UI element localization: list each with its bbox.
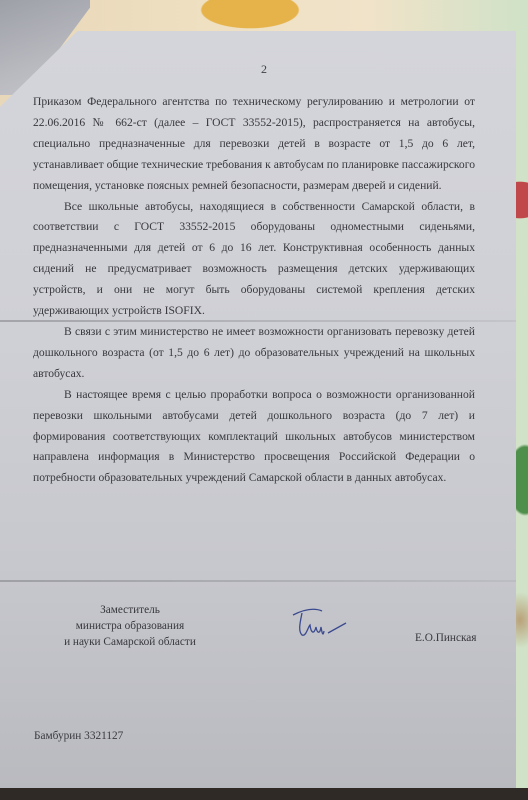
signatory-title-line: министра образования bbox=[60, 618, 200, 634]
executor-contact: Бамбурин 3321127 bbox=[34, 730, 123, 742]
signatory-title-line: Заместитель bbox=[60, 602, 200, 618]
paragraph-gost-scope: Приказом Федерального агентства по техни… bbox=[33, 92, 475, 197]
signatory-title: Заместитель министра образования и науки… bbox=[60, 602, 200, 650]
signatory-title-line: и науки Самарской области bbox=[60, 634, 200, 650]
paper-crease bbox=[0, 580, 516, 582]
handwritten-signature-icon bbox=[290, 605, 360, 645]
signer-name: Е.О.Пинская bbox=[415, 632, 477, 644]
page-number: 2 bbox=[0, 62, 528, 77]
paragraph-current-work: В настоящее время с целью проработки воп… bbox=[33, 385, 475, 490]
bottom-edge bbox=[0, 788, 528, 800]
letter-body: Приказом Федерального агентства по техни… bbox=[33, 92, 475, 489]
paragraph-school-buses: Все школьные автобусы, находящиеся в соб… bbox=[33, 197, 475, 322]
paragraph-no-transport: В связи с этим министерство не имеет воз… bbox=[33, 322, 475, 385]
